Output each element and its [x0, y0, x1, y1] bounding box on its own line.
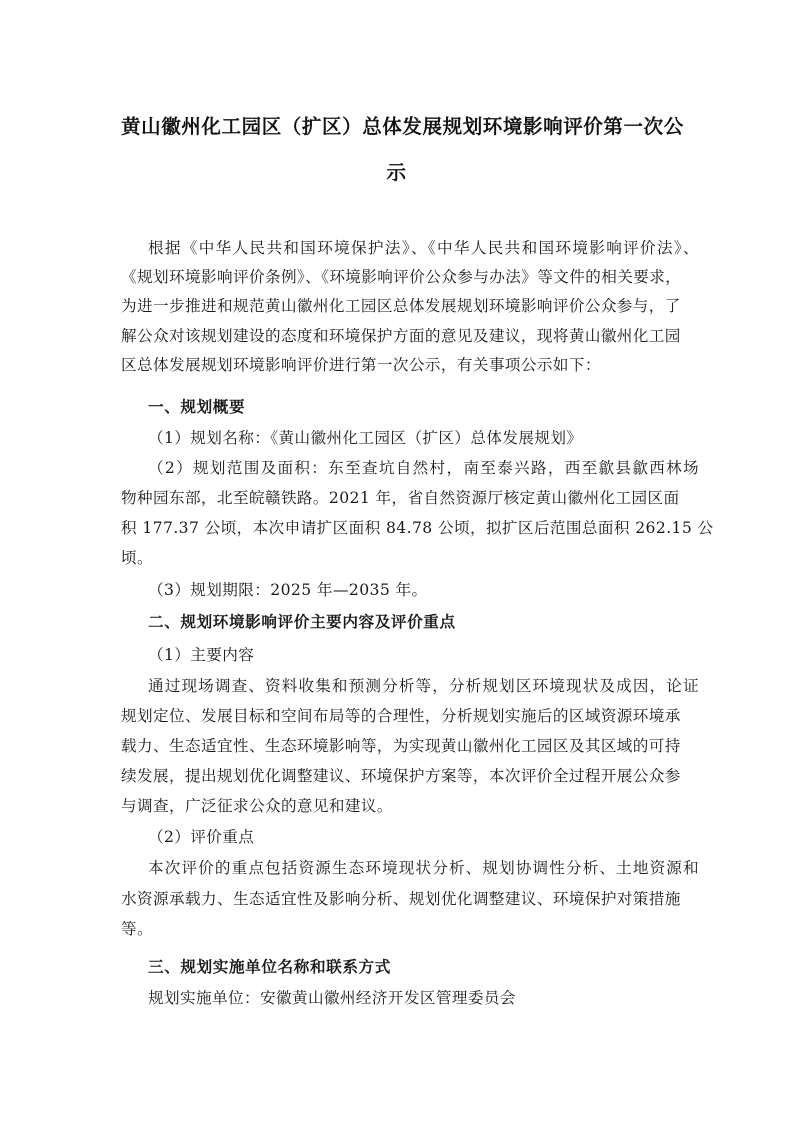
implementing-unit-text: 规划实施单位：安徽黄山徽州经济开发区管理委员会 [148, 988, 699, 1008]
subsection-label-key-points: （2）评价重点 [148, 827, 699, 847]
section-heading-eia-content: 二、规划环境影响评价主要内容及评价重点 [148, 612, 699, 632]
key-points-line: 等。 [121, 919, 672, 939]
plan-name-item: （1）规划名称：《黄山徽州化工园区（扩区）总体发展规划》 [148, 428, 699, 448]
document-title: 黄山徽州化工园区（扩区）总体发展规划环境影响评价第一次公 [121, 115, 672, 139]
subsection-label-main-content: （1）主要内容 [148, 645, 699, 665]
main-content-line: 续发展，提出规划优化调整建议、环境保护方案等，本次评价全过程开展公众参 [121, 766, 672, 786]
plan-scope-line: （2）规划范围及面积：东至查坑自然村，南至泰兴路，西至歙县歙西林场 [148, 458, 699, 478]
main-content-line: 与调查，广泛征求公众的意见和建议。 [121, 796, 672, 816]
plan-scope-line: 积 177.37 公顷，本次申请扩区面积 84.78 公顷，拟扩区后范围总面积 … [121, 518, 672, 538]
main-content-line: 规划定位、发展目标和空间布局等的合理性，分析规划实施后的区域资源环境承 [121, 706, 672, 726]
intro-paragraph-line: 根据《中华人民共和国环境保护法》、《中华人民共和国环境影响评价法》、 [148, 238, 699, 258]
plan-scope-line: 顷。 [121, 548, 672, 568]
section-heading-implementing-unit: 三、规划实施单位名称和联系方式 [148, 957, 699, 977]
intro-paragraph-line: 区总体发展规划环境影响评价进行第一次公示，有关事项公示如下： [121, 355, 672, 375]
section-heading-overview: 一、规划概要 [148, 397, 699, 417]
document-page: 黄山徽州化工园区（扩区）总体发展规划环境影响评价第一次公 示 根据《中华人民共和… [0, 0, 793, 1122]
main-content-line: 通过现场调查、资料收集和预测分析等，分析规划区环境现状及成因，论证 [148, 676, 699, 696]
plan-period-item: （3）规划期限：2025 年—2035 年。 [148, 580, 699, 600]
intro-paragraph-line: 解公众对该规划建设的态度和环境保护方面的意见及建议，现将黄山徽州化工园 [121, 326, 672, 346]
main-content-line: 载力、生态适宜性、生态环境影响等，为实现黄山徽州化工园区及其区域的可持 [121, 736, 672, 756]
plan-scope-line: 物种园东部，北至皖赣铁路。2021 年，省自然资源厅核定黄山徽州化工园区面 [121, 488, 672, 508]
key-points-line: 水资源承载力、生态适宜性及影响分析、规划优化调整建议、环境保护对策措施 [121, 889, 672, 909]
intro-paragraph-line: 为进一步推进和规范黄山徽州化工园区总体发展规划环境影响评价公众参与，了 [121, 296, 672, 316]
document-title-continued: 示 [121, 161, 672, 185]
intro-paragraph-line: 《规划环境影响评价条例》、《环境影响评价公众参与办法》等文件的相关要求， [121, 267, 672, 287]
key-points-line: 本次评价的重点包括资源生态环境现状分析、规划协调性分析、土地资源和 [148, 858, 699, 878]
